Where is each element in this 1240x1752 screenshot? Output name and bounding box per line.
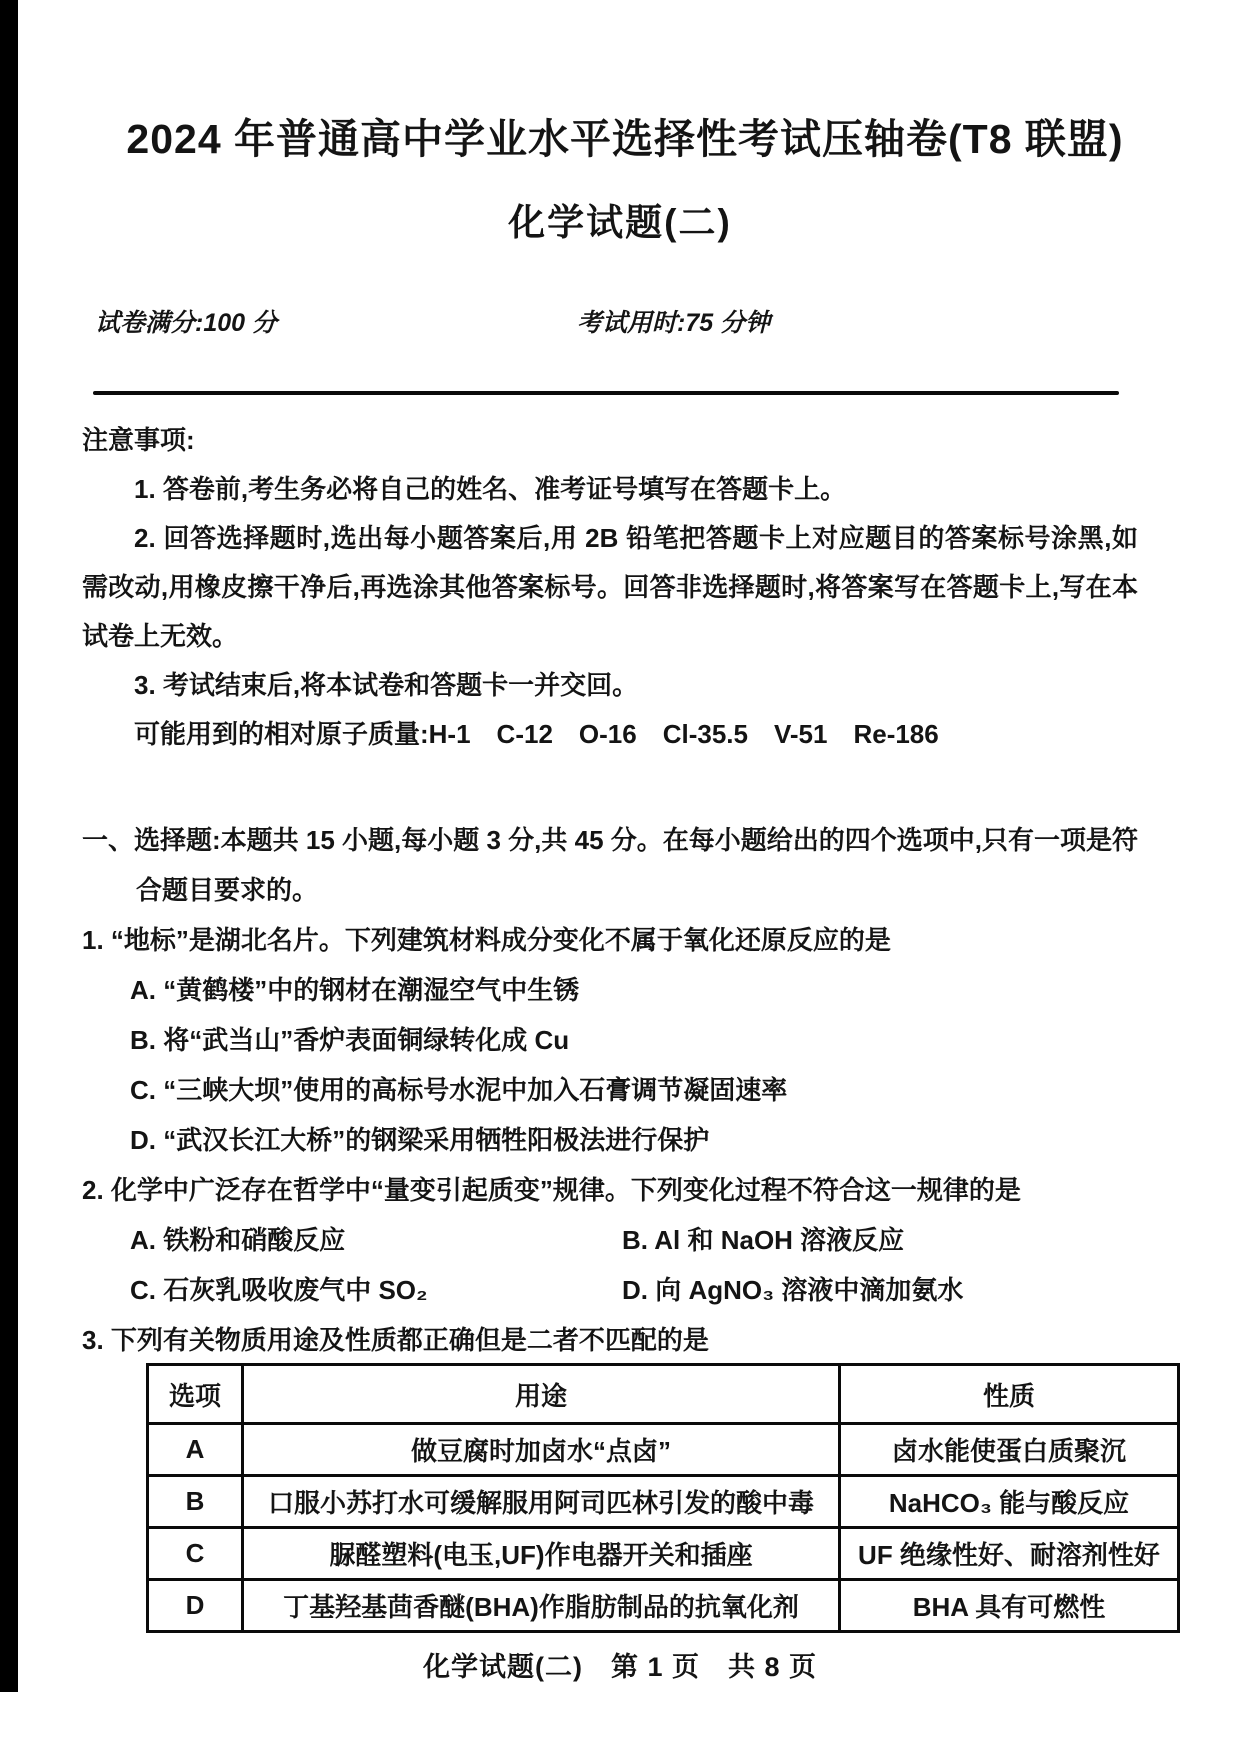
question-1-option-c: C. “三峡大坝”使用的高标号水泥中加入石膏调节凝固速率 bbox=[82, 1065, 1138, 1115]
table-header-row: 选项 用途 性质 bbox=[148, 1365, 1179, 1424]
table-cell-property: NaHCO₃ 能与酸反应 bbox=[840, 1476, 1179, 1528]
question-2-option-c: C. 石灰乳吸收废气中 SO₂ bbox=[130, 1265, 622, 1315]
table-header-use: 用途 bbox=[243, 1365, 840, 1424]
header-divider bbox=[93, 391, 1119, 395]
exam-duration-label: 考试用时:75 分钟 bbox=[577, 303, 770, 339]
question-1-option-a: A. “黄鹤楼”中的钢材在潮湿空气中生锈 bbox=[82, 965, 1138, 1015]
table-cell-property: UF 绝缘性好、耐溶剂性好 bbox=[840, 1528, 1179, 1580]
notice-item-2: 2. 回答选择题时,选出每小题答案后,用 2B 铅笔把答题卡上对应题目的答案标号… bbox=[82, 514, 1138, 661]
page-footer: 化学试题(二) 第 1 页 共 8 页 bbox=[0, 1645, 1240, 1684]
atomic-masses-line: 可能用到的相对原子质量:H-1 C-12 O-16 Cl-35.5 V-51 R… bbox=[82, 710, 1138, 759]
table-header-property: 性质 bbox=[840, 1365, 1179, 1424]
table-row-b: B 口服小苏打水可缓解服用阿司匹林引发的酸中毒 NaHCO₃ 能与酸反应 bbox=[148, 1476, 1179, 1528]
table-cell-option: C bbox=[148, 1528, 243, 1580]
table-cell-option: A bbox=[148, 1424, 243, 1476]
question-3-table: 选项 用途 性质 A 做豆腐时加卤水“点卤” 卤水能使蛋白质聚沉 B 口服小苏打… bbox=[146, 1363, 1180, 1633]
full-score-label: 试卷满分:100 分 bbox=[95, 309, 277, 337]
question-1-option-b: B. 将“武当山”香炉表面铜绿转化成 Cu bbox=[82, 1015, 1138, 1065]
table-row-d: D 丁基羟基茴香醚(BHA)作脂肪制品的抗氧化剂 BHA 具有可燃性 bbox=[148, 1580, 1179, 1632]
table-cell-option: B bbox=[148, 1476, 243, 1528]
table-cell-use: 做豆腐时加卤水“点卤” bbox=[243, 1424, 840, 1476]
section-heading: 一、选择题:本题共 15 小题,每小题 3 分,共 45 分。在每小题给出的四个… bbox=[82, 815, 1138, 915]
table-cell-property: 卤水能使蛋白质聚沉 bbox=[840, 1424, 1179, 1476]
question-2-option-a: A. 铁粉和硝酸反应 bbox=[130, 1215, 622, 1265]
table-row-a: A 做豆腐时加卤水“点卤” 卤水能使蛋白质聚沉 bbox=[148, 1424, 1179, 1476]
notice-heading: 注意事项: bbox=[82, 416, 1138, 465]
question-2-option-d: D. 向 AgNO₃ 溶液中滴加氨水 bbox=[622, 1265, 1138, 1315]
notice-item-3: 3. 考试结束后,将本试卷和答题卡一并交回。 bbox=[82, 661, 1138, 710]
table-header-option: 选项 bbox=[148, 1365, 243, 1424]
notice-section: 注意事项: 1. 答卷前,考生务必将自己的姓名、准考证号填写在答题卡上。 2. … bbox=[82, 416, 1138, 759]
question-2-options-row-2: C. 石灰乳吸收废气中 SO₂ D. 向 AgNO₃ 溶液中滴加氨水 bbox=[82, 1265, 1138, 1315]
question-2-options-row-1: A. 铁粉和硝酸反应 B. Al 和 NaOH 溶液反应 bbox=[82, 1215, 1138, 1265]
questions-section: 一、选择题:本题共 15 小题,每小题 3 分,共 45 分。在每小题给出的四个… bbox=[82, 815, 1138, 1365]
table-cell-use: 脲醛塑料(电玉,UF)作电器开关和插座 bbox=[243, 1528, 840, 1580]
table-cell-option: D bbox=[148, 1580, 243, 1632]
exam-page: 2024 年普通高中学业水平选择性考试压轴卷(T8 联盟) 化学试题(二) 试卷… bbox=[0, 0, 1240, 1752]
scan-edge-artifact bbox=[0, 0, 18, 1692]
table-cell-property: BHA 具有可燃性 bbox=[840, 1580, 1179, 1632]
question-1-stem: 1. “地标”是湖北名片。下列建筑材料成分变化不属于氧化还原反应的是 bbox=[82, 915, 1138, 965]
exam-subtitle: 化学试题(二) bbox=[0, 192, 1240, 246]
exam-title: 2024 年普通高中学业水平选择性考试压轴卷(T8 联盟) bbox=[30, 106, 1220, 165]
table-row-c: C 脲醛塑料(电玉,UF)作电器开关和插座 UF 绝缘性好、耐溶剂性好 bbox=[148, 1528, 1179, 1580]
question-3-stem: 3. 下列有关物质用途及性质都正确但是二者不匹配的是 bbox=[82, 1315, 1138, 1365]
exam-info-row: 试卷满分:100 分 考试用时:75 分钟 bbox=[95, 303, 1135, 339]
table-cell-use: 口服小苏打水可缓解服用阿司匹林引发的酸中毒 bbox=[243, 1476, 840, 1528]
notice-item-1: 1. 答卷前,考生务必将自己的姓名、准考证号填写在答题卡上。 bbox=[82, 465, 1138, 514]
question-1-option-d: D. “武汉长江大桥”的钢梁采用牺牲阳极法进行保护 bbox=[82, 1115, 1138, 1165]
table-cell-use: 丁基羟基茴香醚(BHA)作脂肪制品的抗氧化剂 bbox=[243, 1580, 840, 1632]
question-2-option-b: B. Al 和 NaOH 溶液反应 bbox=[622, 1215, 1138, 1265]
question-2-stem: 2. 化学中广泛存在哲学中“量变引起质变”规律。下列变化过程不符合这一规律的是 bbox=[82, 1165, 1138, 1215]
